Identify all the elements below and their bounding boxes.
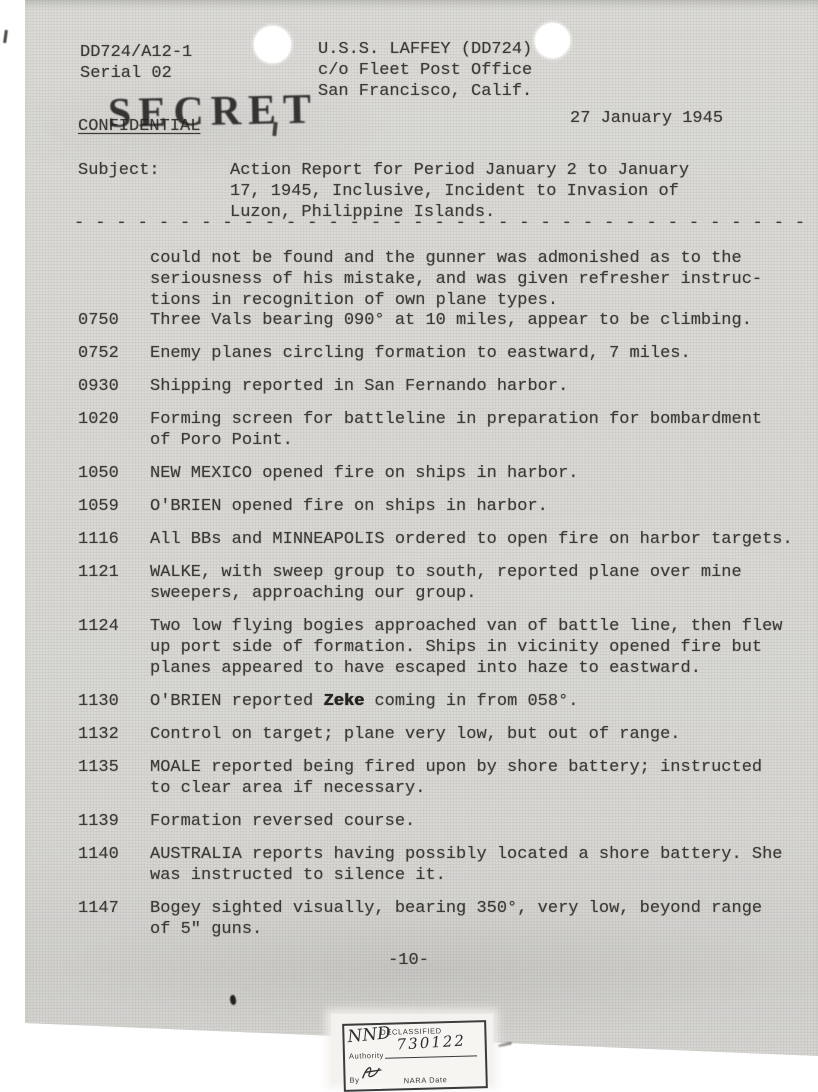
authority-label: Authority <box>349 1051 384 1061</box>
entry-time: 1139 <box>78 811 150 832</box>
entry-time: 1147 <box>78 898 150 940</box>
entry-text: Two low flying bogies approached van of … <box>150 616 783 679</box>
log-entry: 1059O'BRIEN opened fire on ships in harb… <box>78 496 808 517</box>
log-entry: 0750Three Vals bearing 090° at 10 miles,… <box>78 310 808 331</box>
log-entry: 1135MOALE reported being fired upon by s… <box>78 757 808 799</box>
entry-text: Control on target; plane very low, but o… <box>150 724 681 745</box>
entry-time: 1124 <box>78 616 150 679</box>
action-log: 0750Three Vals bearing 090° at 10 miles,… <box>78 310 808 952</box>
fleet-post-office: c/o Fleet Post Office <box>318 61 532 80</box>
nara-date-label: NARA Date <box>404 1075 448 1080</box>
log-entry: 1147Bogey sighted visually, bearing 350°… <box>78 898 808 940</box>
log-entry: 1130O'BRIEN reported Zeke coming in from… <box>78 691 808 712</box>
entry-time: 1135 <box>78 757 150 799</box>
log-entry: 1121WALKE, with sweep group to south, re… <box>78 562 808 604</box>
entry-text: Formation reversed course. <box>150 811 415 832</box>
by-label: By <box>349 1075 359 1080</box>
log-entry: 1124Two low flying bogies approached van… <box>78 616 808 679</box>
entry-time: 0750 <box>78 310 150 331</box>
document-date: 27 January 1945 <box>570 108 723 129</box>
letterhead-serial: Serial 02 <box>80 64 172 83</box>
signature-mark <box>359 1063 388 1080</box>
entry-time: 1020 <box>78 409 150 451</box>
entry-time: 0752 <box>78 343 150 364</box>
overstruck-word: Zeke <box>323 692 364 711</box>
entry-time: 1050 <box>78 463 150 484</box>
log-entry: 0930Shipping reported in San Fernando ha… <box>78 376 808 397</box>
entry-time: 1140 <box>78 844 150 886</box>
entry-text: WALKE, with sweep group to south, report… <box>150 562 742 604</box>
log-entry: 1050NEW MEXICO opened fire on ships in h… <box>78 463 808 484</box>
punch-hole-right <box>535 23 570 58</box>
city-state: San Francisco, Calif. <box>318 82 532 101</box>
dashed-separator: - - - - - - - - - - - - - - - - - - - - … <box>74 213 806 234</box>
entry-text: Forming screen for battleline in prepara… <box>150 409 762 451</box>
entry-time: 1132 <box>78 724 150 745</box>
entry-text: All BBs and MINNEAPOLIS ordered to open … <box>150 529 793 550</box>
secret-stamp: SECRET <box>108 86 319 138</box>
entry-text: Bogey sighted visually, bearing 350°, ve… <box>150 898 762 940</box>
entry-time: 1121 <box>78 562 150 604</box>
entry-text: Three Vals bearing 090° at 10 miles, app… <box>150 310 752 331</box>
letterhead-file-number: DD724/A12-1 <box>80 43 192 62</box>
page-number: -10- <box>25 950 792 971</box>
log-entry: 0752Enemy planes circling formation to e… <box>78 343 808 364</box>
punch-hole-left <box>254 26 291 63</box>
subject-label: Subject: <box>78 160 160 181</box>
declassification-stamp: DECLASSIFIED NND 730122 Authority By NAR… <box>342 1020 488 1080</box>
log-entry: 1020Forming screen for battleline in pre… <box>78 409 808 451</box>
nnd-number-handwriting: 730122 <box>396 1031 466 1053</box>
entry-time: 1059 <box>78 496 150 517</box>
letterhead-address-block: U.S.S. LAFFEY (DD724)c/o Fleet Post Offi… <box>318 39 532 102</box>
scan-edge-mark <box>3 30 8 43</box>
scanned-document-page: DD724/A12-1Serial 02 U.S.S. LAFFEY (DD72… <box>25 0 818 1056</box>
log-entry: 1139Formation reversed course. <box>78 811 808 832</box>
entry-text: O'BRIEN opened fire on ships in harbor. <box>150 496 548 517</box>
entry-time: 1116 <box>78 529 150 550</box>
log-entry: 1140AUSTRALIA reports having possibly lo… <box>78 844 808 886</box>
log-entry: 1116All BBs and MINNEAPOLIS ordered to o… <box>78 529 808 550</box>
log-entry: 1132Control on target; plane very low, b… <box>78 724 808 745</box>
entry-text: AUSTRALIA reports having possibly locate… <box>150 844 783 886</box>
entry-text: MOALE reported being fired upon by shore… <box>150 757 762 799</box>
ship-name: U.S.S. LAFFEY (DD724) <box>318 40 532 59</box>
entry-text-segment: O'BRIEN reported <box>150 692 323 711</box>
intro-paragraph: could not be found and the gunner was ad… <box>150 248 762 311</box>
entry-time: 1130 <box>78 691 150 712</box>
entry-time: 0930 <box>78 376 150 397</box>
ink-blot <box>229 994 238 1005</box>
authority-underline <box>385 1055 477 1058</box>
entry-text: NEW MEXICO opened fire on ships in harbo… <box>150 463 578 484</box>
entry-text-segment: coming in from 058°. <box>364 692 578 711</box>
letterhead-serial-block: DD724/A12-1Serial 02 <box>80 42 192 84</box>
entry-text: Shipping reported in San Fernando harbor… <box>150 376 568 397</box>
entry-text: Enemy planes circling formation to eastw… <box>150 343 691 364</box>
nnd-handwriting: NND <box>347 1023 392 1047</box>
entry-text: O'BRIEN reported Zeke coming in from 058… <box>150 691 579 712</box>
